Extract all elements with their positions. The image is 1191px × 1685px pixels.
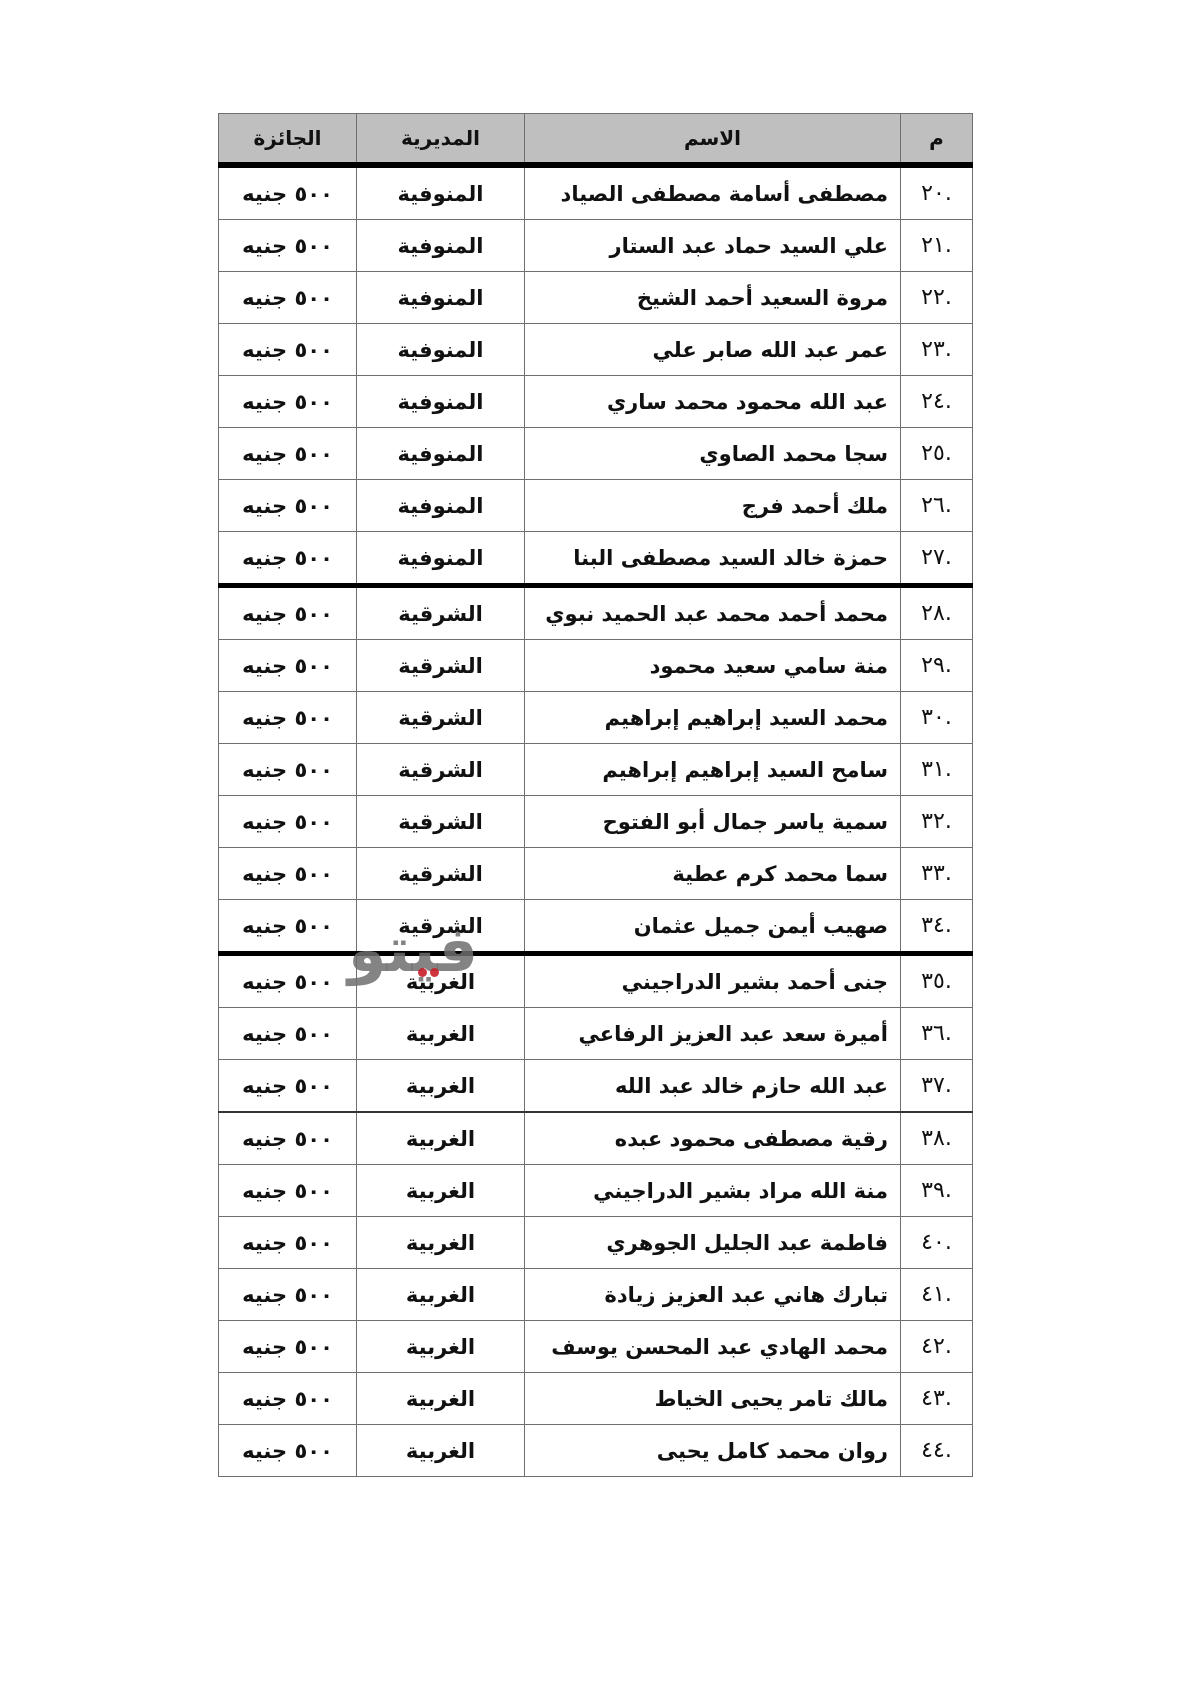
table-row: .٢٠مصطفى أسامة مصطفى الصيادالمنوفية٥٠٠ ج… [219,165,973,220]
row-name: رقية مصطفى محمود عبده [525,1112,901,1165]
table-row: .٣٦أميرة سعد عبد العزيز الرفاعيالغربية٥٠… [219,1008,973,1060]
row-directorate: الشرقية [357,586,525,640]
table-header-row: م الاسم المديرية الجائزة [219,114,973,166]
header-number: م [901,114,973,166]
row-number: .٣٣ [901,848,973,900]
row-name: سما محمد كرم عطية [525,848,901,900]
row-number: .٤٠ [901,1217,973,1269]
row-prize: ٥٠٠ جنيه [219,1321,357,1373]
row-directorate: الغربية [357,954,525,1008]
row-directorate: المنوفية [357,376,525,428]
row-number: .٣٦ [901,1008,973,1060]
row-prize: ٥٠٠ جنيه [219,1060,357,1113]
table-row: .٣٥جنى أحمد بشير الدراجينيالغربية٥٠٠ جني… [219,954,973,1008]
row-number: .٢٦ [901,480,973,532]
table-row: .٣٩منة الله مراد بشير الدراجينيالغربية٥٠… [219,1165,973,1217]
table-row: .٤٣مالك تامر يحيى الخياطالغربية٥٠٠ جنيه [219,1373,973,1425]
table-row: .٣٨رقية مصطفى محمود عبدهالغربية٥٠٠ جنيه [219,1112,973,1165]
table-row: .٤٤روان محمد كامل يحيىالغربية٥٠٠ جنيه [219,1425,973,1477]
table-row: .٢١علي السيد حماد عبد الستارالمنوفية٥٠٠ … [219,220,973,272]
row-directorate: المنوفية [357,324,525,376]
row-directorate: الغربية [357,1373,525,1425]
row-name: تبارك هاني عبد العزيز زيادة [525,1269,901,1321]
row-number: .٣٥ [901,954,973,1008]
row-name: سامح السيد إبراهيم إبراهيم [525,744,901,796]
row-directorate: الشرقية [357,900,525,954]
row-number: .٢٩ [901,640,973,692]
row-directorate: المنوفية [357,165,525,220]
row-name: مالك تامر يحيى الخياط [525,1373,901,1425]
row-number: .٢٣ [901,324,973,376]
row-number: .٢٠ [901,165,973,220]
row-name: مروة السعيد أحمد الشيخ [525,272,901,324]
row-name: مصطفى أسامة مصطفى الصياد [525,165,901,220]
row-name: روان محمد كامل يحيى [525,1425,901,1477]
table-body: .٢٠مصطفى أسامة مصطفى الصيادالمنوفية٥٠٠ ج… [219,165,973,1477]
row-number: .٣٧ [901,1060,973,1113]
row-name: عمر عبد الله صابر علي [525,324,901,376]
row-directorate: المنوفية [357,532,525,586]
table-row: .٣٤صهيب أيمن جميل عثمانالشرقية٥٠٠ جنيه [219,900,973,954]
table-row: .٤٢محمد الهادي عبد المحسن يوسفالغربية٥٠٠… [219,1321,973,1373]
row-directorate: الغربية [357,1269,525,1321]
table-row: .٢٢مروة السعيد أحمد الشيخالمنوفية٥٠٠ جني… [219,272,973,324]
row-number: .٢٢ [901,272,973,324]
row-prize: ٥٠٠ جنيه [219,1112,357,1165]
row-number: .٤٢ [901,1321,973,1373]
document-page: م الاسم المديرية الجائزة .٢٠مصطفى أسامة … [0,0,1191,1685]
row-name: أميرة سعد عبد العزيز الرفاعي [525,1008,901,1060]
row-number: .٤٤ [901,1425,973,1477]
table-row: .٣٣سما محمد كرم عطيةالشرقية٥٠٠ جنيه [219,848,973,900]
table-row: .٣١سامح السيد إبراهيم إبراهيمالشرقية٥٠٠ … [219,744,973,796]
row-name: منة الله مراد بشير الدراجيني [525,1165,901,1217]
row-name: صهيب أيمن جميل عثمان [525,900,901,954]
row-prize: ٥٠٠ جنيه [219,376,357,428]
table-row: .٢٩منة سامي سعيد محمودالشرقية٥٠٠ جنيه [219,640,973,692]
table-row: .٢٨محمد أحمد محمد عبد الحميد نبويالشرقية… [219,586,973,640]
row-number: .٣٤ [901,900,973,954]
row-number: .٤١ [901,1269,973,1321]
row-directorate: المنوفية [357,220,525,272]
header-prize: الجائزة [219,114,357,166]
row-number: .٢١ [901,220,973,272]
table-row: .٣٧عبد الله حازم خالد عبد اللهالغربية٥٠٠… [219,1060,973,1113]
row-prize: ٥٠٠ جنيه [219,220,357,272]
row-prize: ٥٠٠ جنيه [219,480,357,532]
row-prize: ٥٠٠ جنيه [219,324,357,376]
row-directorate: الغربية [357,1217,525,1269]
row-directorate: الشرقية [357,640,525,692]
row-number: .٢٥ [901,428,973,480]
row-name: عبد الله محمود محمد ساري [525,376,901,428]
row-number: .٣٢ [901,796,973,848]
row-directorate: الشرقية [357,796,525,848]
row-directorate: الغربية [357,1425,525,1477]
row-name: فاطمة عبد الجليل الجوهري [525,1217,901,1269]
row-directorate: الغربية [357,1321,525,1373]
row-number: .٢٨ [901,586,973,640]
row-prize: ٥٠٠ جنيه [219,1269,357,1321]
row-prize: ٥٠٠ جنيه [219,165,357,220]
row-directorate: المنوفية [357,428,525,480]
row-name: محمد الهادي عبد المحسن يوسف [525,1321,901,1373]
row-directorate: المنوفية [357,272,525,324]
row-prize: ٥٠٠ جنيه [219,532,357,586]
table-row: .٤١تبارك هاني عبد العزيز زيادةالغربية٥٠٠… [219,1269,973,1321]
row-directorate: الشرقية [357,744,525,796]
table-row: .٢٦ملك أحمد فرجالمنوفية٥٠٠ جنيه [219,480,973,532]
row-directorate: الشرقية [357,692,525,744]
table-row: .٣٠محمد السيد إبراهيم إبراهيمالشرقية٥٠٠ … [219,692,973,744]
row-name: جنى أحمد بشير الدراجيني [525,954,901,1008]
row-prize: ٥٠٠ جنيه [219,428,357,480]
row-number: .٢٤ [901,376,973,428]
row-directorate: الغربية [357,1060,525,1113]
row-prize: ٥٠٠ جنيه [219,1165,357,1217]
row-prize: ٥٠٠ جنيه [219,1217,357,1269]
table-row: .٤٠فاطمة عبد الجليل الجوهريالغربية٥٠٠ جن… [219,1217,973,1269]
row-prize: ٥٠٠ جنيه [219,954,357,1008]
row-name: سمية ياسر جمال أبو الفتوح [525,796,901,848]
row-prize: ٥٠٠ جنيه [219,848,357,900]
header-directorate: المديرية [357,114,525,166]
row-name: محمد السيد إبراهيم إبراهيم [525,692,901,744]
table-row: .٣٢سمية ياسر جمال أبو الفتوحالشرقية٥٠٠ ج… [219,796,973,848]
row-directorate: الغربية [357,1112,525,1165]
row-directorate: الغربية [357,1008,525,1060]
row-prize: ٥٠٠ جنيه [219,692,357,744]
row-prize: ٥٠٠ جنيه [219,272,357,324]
row-number: .٣١ [901,744,973,796]
row-directorate: الشرقية [357,848,525,900]
row-number: .٣٨ [901,1112,973,1165]
row-number: .٤٣ [901,1373,973,1425]
row-prize: ٥٠٠ جنيه [219,900,357,954]
row-prize: ٥٠٠ جنيه [219,796,357,848]
row-prize: ٥٠٠ جنيه [219,586,357,640]
row-directorate: المنوفية [357,480,525,532]
row-name: عبد الله حازم خالد عبد الله [525,1060,901,1113]
row-name: سجا محمد الصاوي [525,428,901,480]
row-number: .٢٧ [901,532,973,586]
row-prize: ٥٠٠ جنيه [219,1008,357,1060]
row-prize: ٥٠٠ جنيه [219,1373,357,1425]
table-row: .٢٤عبد الله محمود محمد ساريالمنوفية٥٠٠ ج… [219,376,973,428]
row-number: .٣٩ [901,1165,973,1217]
row-name: ملك أحمد فرج [525,480,901,532]
row-name: منة سامي سعيد محمود [525,640,901,692]
row-number: .٣٠ [901,692,973,744]
winners-table: م الاسم المديرية الجائزة .٢٠مصطفى أسامة … [218,113,973,1477]
row-name: حمزة خالد السيد مصطفى البنا [525,532,901,586]
table-row: .٢٧حمزة خالد السيد مصطفى البناالمنوفية٥٠… [219,532,973,586]
header-name: الاسم [525,114,901,166]
row-name: محمد أحمد محمد عبد الحميد نبوي [525,586,901,640]
row-prize: ٥٠٠ جنيه [219,1425,357,1477]
row-prize: ٥٠٠ جنيه [219,744,357,796]
table-row: .٢٥سجا محمد الصاويالمنوفية٥٠٠ جنيه [219,428,973,480]
table-row: .٢٣عمر عبد الله صابر عليالمنوفية٥٠٠ جنيه [219,324,973,376]
row-directorate: الغربية [357,1165,525,1217]
row-name: علي السيد حماد عبد الستار [525,220,901,272]
row-prize: ٥٠٠ جنيه [219,640,357,692]
